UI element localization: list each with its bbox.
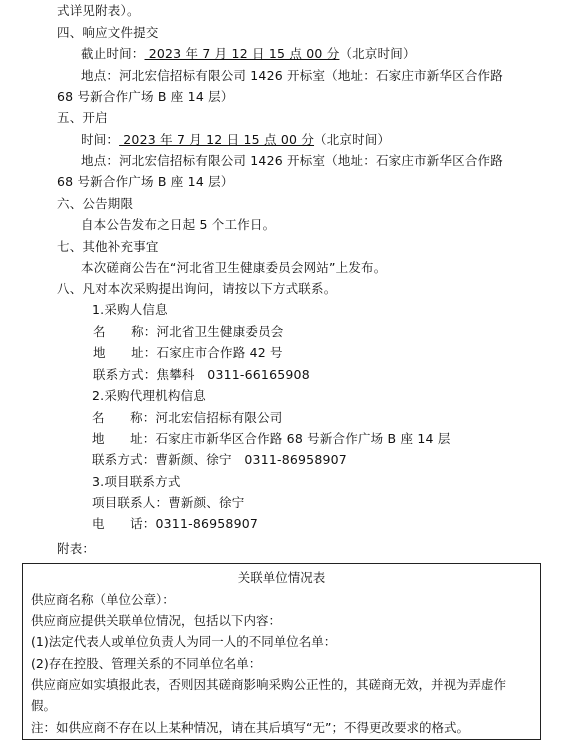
section5-location-line2: 68 号新合作广场 B 座 14 层） [57, 174, 234, 190]
agency-address: 地 址：石家庄市新华区合作路 68 号新合作广场 B 座 14 层 [92, 431, 451, 447]
section4-location-line1: 地点：河北宏信招标有限公司 1426 开标室（地址：石家庄市新华区合作路 [81, 68, 503, 84]
deadline-suffix: （北京时间） [339, 46, 415, 61]
table-line: 假。 [31, 698, 56, 714]
section4-heading: 四、响应文件提交 [57, 25, 159, 41]
section6-text: 自本公告发布之日起 5 个工作日。 [81, 217, 275, 233]
table-line: (1)法定代表人或单位负责人为同一人的不同单位名单： [31, 634, 336, 650]
deadline-value: 2023 年 7 月 12 日 15 点 00 分 [145, 46, 340, 61]
project-phone: 电 话：0311-86958907 [92, 516, 258, 532]
purchaser-name: 名 称：河北省卫生健康委员会 [93, 324, 284, 340]
project-person: 项目联系人：曹新颜、徐宁 [92, 495, 244, 511]
purchaser-title: 1.采购人信息 [92, 302, 168, 318]
open-time-suffix: （北京时间） [314, 132, 390, 147]
agency-contact: 联系方式：曹新颜、徐宁 0311-86958907 [92, 452, 347, 468]
table-line: 供应商应如实填报此表，否则因其磋商影响采购公正性的，其磋商无效，并视为弄虚作 [31, 677, 506, 693]
section7-text: 本次磋商公告在“河北省卫生健康委员会网站”上发布。 [81, 260, 386, 276]
open-time-label: 时间： [81, 132, 119, 147]
open-time-value: 2023 年 7 月 12 日 15 点 00 分 [119, 132, 314, 147]
appendix-table-title: 关联单位情况表 [23, 570, 540, 586]
agency-name: 名 称：河北宏信招标有限公司 [92, 410, 283, 426]
table-line: 注：如供应商不存在以上某种情况，请在其后填写“无”；不得更改要求的格式。 [31, 720, 469, 736]
section8-heading: 八、凡对本次采购提出询问，请按以下方式联系。 [57, 281, 336, 297]
section5-heading: 五、开启 [57, 110, 108, 126]
deadline-row: 截止时间： 2023 年 7 月 12 日 15 点 00 分（北京时间） [81, 46, 416, 62]
agency-title: 2.采购代理机构信息 [92, 388, 206, 404]
appendix-table: 关联单位情况表 供应商名称（单位公章）： 供应商应提供关联单位情况，包括以下内容… [22, 563, 541, 740]
purchaser-address: 地 址：石家庄市合作路 42 号 [93, 345, 283, 361]
appendix-label: 附表： [57, 541, 95, 557]
deadline-label: 截止时间： [81, 46, 145, 61]
table-line: 供应商名称（单位公章）： [31, 592, 175, 608]
table-line: (2)存在控股、管理关系的不同单位名单： [31, 656, 261, 672]
open-time-row: 时间： 2023 年 7 月 12 日 15 点 00 分（北京时间） [81, 132, 390, 148]
section5-location-line1: 地点：河北宏信招标有限公司 1426 开标室（地址：石家庄市新华区合作路 [81, 153, 503, 169]
table-line: 供应商应提供关联单位情况，包括以下内容： [31, 613, 281, 629]
section6-heading: 六、公告期限 [57, 196, 133, 212]
section7-heading: 七、其他补充事宜 [57, 239, 159, 255]
project-title: 3.项目联系方式 [92, 474, 181, 490]
purchaser-contact: 联系方式：焦攀科 0311-66165908 [93, 367, 310, 383]
intro-tail: 式详见附表）。 [57, 3, 140, 19]
section4-location-line2: 68 号新合作广场 B 座 14 层） [57, 89, 234, 105]
